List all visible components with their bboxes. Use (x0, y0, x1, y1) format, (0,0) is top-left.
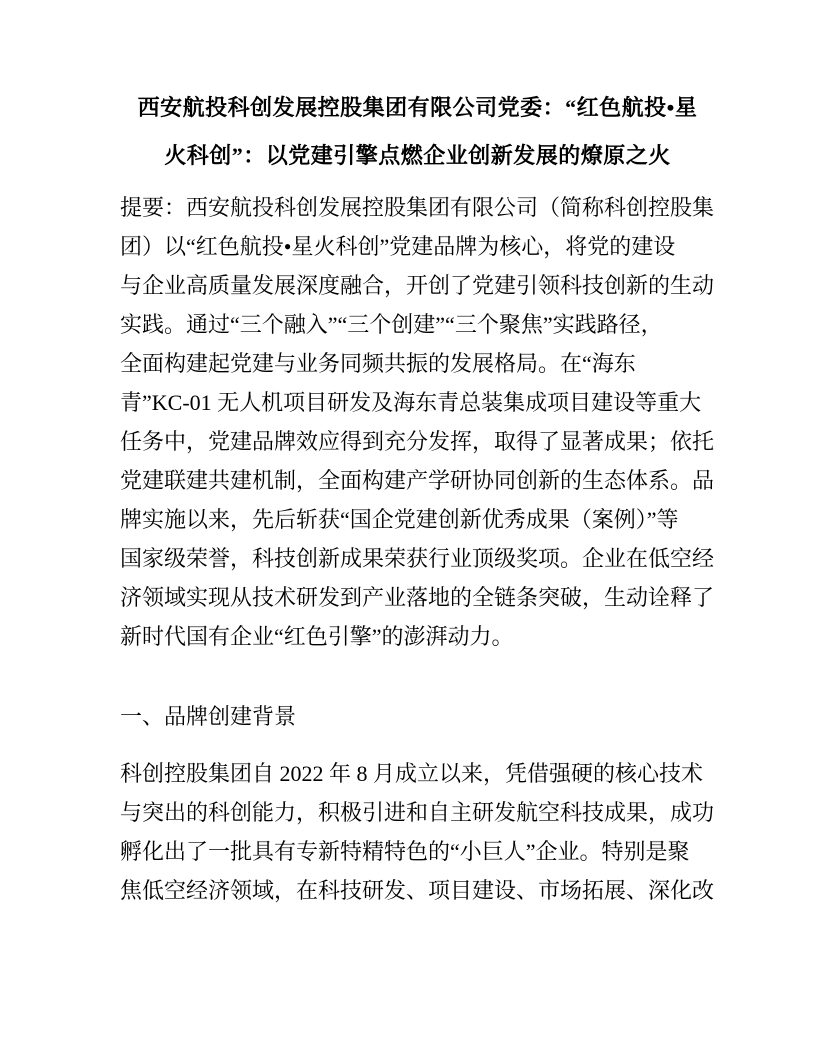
summary-line: 青”KC-01 无人机项目研发及海东青总装集成项目建设等重大 (120, 383, 715, 422)
section-line: 孵化出了一批具有专新特精特色的“小巨人”企业。特别是聚 (120, 832, 715, 871)
title-line: 火科创”：以党建引擎点燃企业创新发展的燎原之火 (120, 132, 715, 180)
summary-line: 党建联建共建机制，全面构建产学研协同创新的生态体系。品 (120, 461, 715, 500)
section-line: 焦低空经济领域，在科技研发、项目建设、市场拓展、深化改 (120, 871, 715, 910)
section-heading: 一、品牌创建背景 (120, 697, 715, 736)
summary-line: 国家级荣誉，科技创新成果荣获行业顶级奖项。企业在低空经 (120, 539, 715, 578)
document-page: 西安航投科创发展控股集团有限公司党委：“红色航投•星 火科创”：以党建引擎点燃企… (0, 0, 816, 1056)
summary-line: 新时代国有企业“红色引擎”的澎湃动力。 (120, 617, 715, 656)
summary-line: 任务中，党建品牌效应得到充分发挥，取得了显著成果；依托 (120, 422, 715, 461)
document-title: 西安航投科创发展控股集团有限公司党委：“红色航投•星 火科创”：以党建引擎点燃企… (120, 84, 715, 180)
section-line: 科创控股集团自 2022 年 8 月成立以来，凭借强硬的核心技术 (120, 754, 715, 793)
section-paragraph: 科创控股集团自 2022 年 8 月成立以来，凭借强硬的核心技术 与突出的科创能… (120, 754, 715, 910)
section-line: 与突出的科创能力，积极引进和自主研发航空科技成果，成功 (120, 793, 715, 832)
title-line: 西安航投科创发展控股集团有限公司党委：“红色航投•星 (120, 84, 715, 132)
summary-line: 与企业高质量发展深度融合，开创了党建引领科技创新的生动 (120, 266, 715, 305)
summary-line: 团）以“红色航投•星火科创”党建品牌为核心，将党的建设 (120, 227, 715, 266)
summary-line: 实践。通过“三个融入”“三个创建”“三个聚焦”实践路径， (120, 305, 715, 344)
summary-line: 牌实施以来，先后斩获“国企党建创新优秀成果（案例）”等 (120, 500, 715, 539)
summary-paragraph: 提要：西安航投科创发展控股集团有限公司（简称科创控股集 团）以“红色航投•星火科… (120, 188, 715, 656)
summary-line: 全面构建起党建与业务同频共振的发展格局。在“海东 (120, 344, 715, 383)
summary-line: 济领域实现从技术研发到产业落地的全链条突破，生动诠释了 (120, 578, 715, 617)
summary-line: 提要：西安航投科创发展控股集团有限公司（简称科创控股集 (120, 188, 715, 227)
